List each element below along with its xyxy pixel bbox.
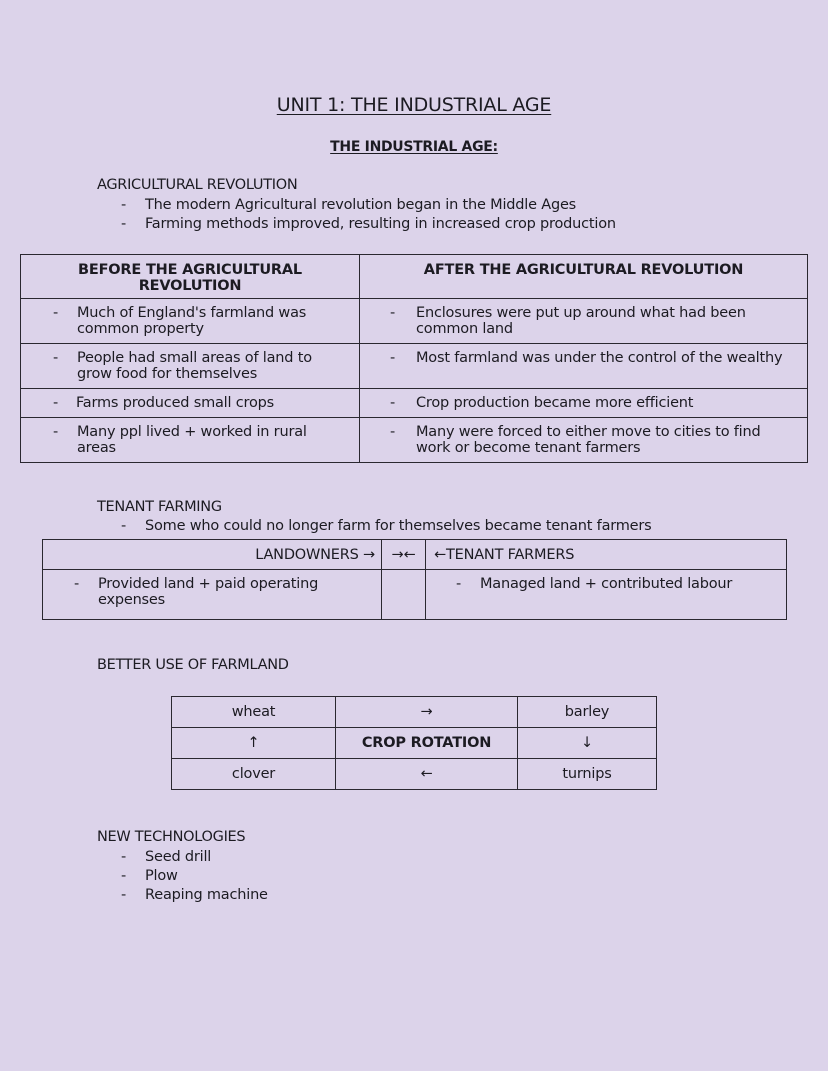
agricultural-revolution-bullets: The modern Agricultural revolution began…	[121, 196, 616, 234]
empty-cell	[382, 570, 426, 620]
new-technologies-bullets: Seed drill Plow Reaping machine	[121, 848, 268, 905]
table-row: -People had small areas of land to grow …	[21, 344, 808, 389]
page-title: UNIT 1: THE INDUSTRIAL AGE	[0, 94, 828, 116]
crop-rotation-table: wheat → barley ↑ CROP ROTATION ↓ clover …	[171, 696, 657, 790]
before-cell: Farms produced small crops	[31, 395, 349, 411]
tenant-farming-heading: TENANT FARMING	[97, 499, 222, 515]
table-row: -Many ppl lived + worked in rural areas …	[21, 418, 808, 463]
before-cell: People had small areas of land to grow f…	[31, 350, 349, 382]
exchange-arrows-icon: →←	[382, 540, 426, 570]
after-cell: Enclosures were put up around what had b…	[370, 305, 797, 337]
after-cell: Many were forced to either move to citie…	[370, 424, 797, 456]
table-row: -Much of England's farmland was common p…	[21, 299, 808, 344]
crop-clover: clover	[172, 759, 336, 790]
tenant-farmers-header: ←TENANT FARMERS	[426, 540, 787, 570]
better-use-heading: BETTER USE OF FARMLAND	[97, 657, 289, 673]
bullet-item: Plow	[121, 867, 268, 886]
tenant-farming-bullets: Some who could no longer farm for themse…	[121, 517, 652, 536]
crop-turnips: turnips	[518, 759, 657, 790]
landowners-item: Provided land + paid operating expenses	[98, 576, 318, 608]
crop-wheat: wheat	[172, 697, 336, 728]
after-cell: Most farmland was under the control of t…	[370, 350, 797, 366]
before-cell: Much of England's farmland was common pr…	[31, 305, 349, 337]
new-technologies-heading: NEW TECHNOLOGIES	[97, 829, 245, 845]
bullet-item: Some who could no longer farm for themse…	[121, 517, 652, 536]
table-row: -Farms produced small crops -Crop produc…	[21, 389, 808, 418]
bullet-item: Reaping machine	[121, 886, 268, 905]
bullet-item: The modern Agricultural revolution began…	[121, 196, 616, 215]
before-cell: Many ppl lived + worked in rural areas	[31, 424, 349, 456]
bullet-item: Farming methods improved, resulting in i…	[121, 215, 616, 234]
after-header: AFTER THE AGRICULTURAL REVOLUTION	[360, 255, 808, 299]
landowners-header: LANDOWNERS →	[43, 540, 382, 570]
tenant-farming-table: LANDOWNERS → →← ←TENANT FARMERS -Provide…	[42, 539, 787, 620]
page-subtitle: THE INDUSTRIAL AGE:	[0, 139, 828, 155]
bullet-item: Seed drill	[121, 848, 268, 867]
agricultural-revolution-heading: AGRICULTURAL REVOLUTION	[97, 177, 297, 193]
tenant-farmers-item: Managed land + contributed labour	[480, 576, 732, 592]
before-header: BEFORE THE AGRICULTURAL REVOLUTION	[21, 255, 360, 299]
crop-rotation-label: CROP ROTATION	[336, 728, 518, 759]
arrow-left-icon: ←	[336, 759, 518, 790]
crop-barley: barley	[518, 697, 657, 728]
before-after-table: BEFORE THE AGRICULTURAL REVOLUTION AFTER…	[20, 254, 808, 463]
arrow-right-icon: →	[336, 697, 518, 728]
after-cell: Crop production became more efficient	[370, 395, 797, 411]
arrow-up-icon: ↑	[172, 728, 336, 759]
arrow-down-icon: ↓	[518, 728, 657, 759]
